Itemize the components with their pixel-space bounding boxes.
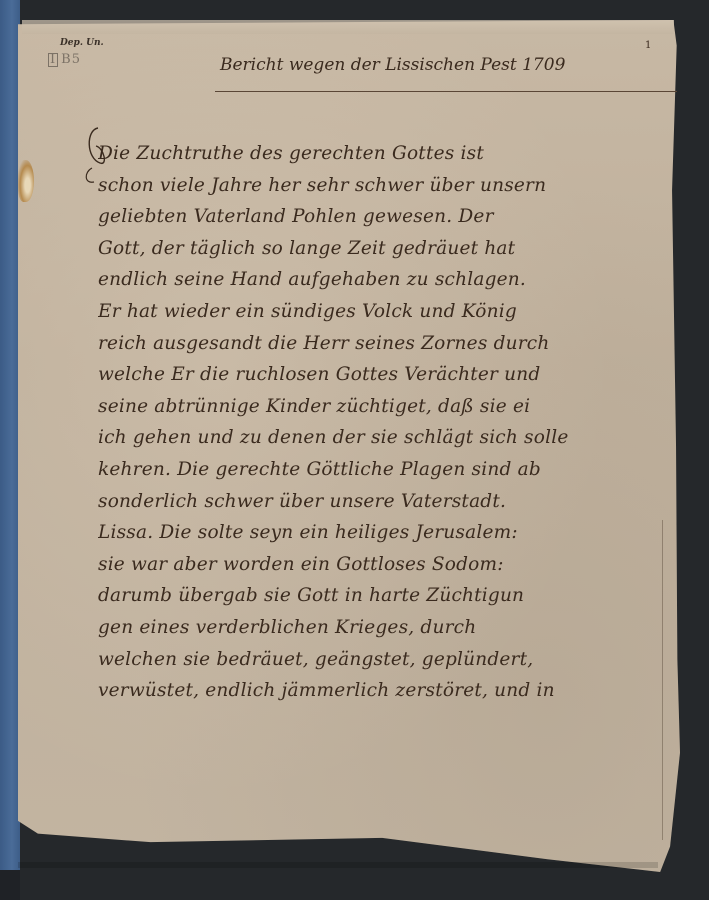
- text-line: Die Zuchtruthe des gerechten Gottes ist: [98, 138, 668, 170]
- text-line: kehren. Die gerechte Göttliche Plagen si…: [98, 454, 668, 486]
- manuscript-title: Bericht wegen der Lissischen Pest 1709: [220, 55, 670, 85]
- page-bottom-shadow: [18, 862, 658, 868]
- binding-shadow: [0, 870, 20, 900]
- text-line: welche Er die ruchlosen Gottes Verächter…: [98, 359, 668, 391]
- text-line: Lissa. Die solte seyn ein heiliges Jerus…: [98, 517, 668, 549]
- manuscript-body: Die Zuchtruthe des gerechten Gottes ist …: [98, 138, 668, 707]
- blue-binding-edge: [0, 0, 20, 900]
- shelfmark-box: I: [48, 53, 58, 67]
- shelfmark-code: B5: [61, 52, 81, 67]
- page-fold-line: [662, 520, 663, 840]
- text-line: darumb übergab sie Gott in harte Züchtig…: [98, 580, 668, 612]
- text-line: gen eines verderblichen Krieges, durch: [98, 612, 668, 644]
- folio-number: 1: [645, 40, 651, 51]
- text-line: sie war aber worden ein Gottloses Sodom:: [98, 549, 668, 581]
- text-line: endlich seine Hand aufgehaben zu schlage…: [98, 264, 668, 296]
- shelfmark: IB5: [48, 52, 81, 67]
- text-line: seine abtrünnige Kinder züchtiget, daß s…: [98, 391, 668, 423]
- text-line: Gott, der täglich so lange Zeit gedräuet…: [98, 233, 668, 265]
- text-line: schon viele Jahre her sehr schwer über u…: [98, 170, 668, 202]
- text-line: Er hat wieder ein sündiges Volck und Kön…: [98, 296, 668, 328]
- water-stain: [18, 160, 34, 202]
- text-line: welchen sie bedräuet, geängstet, geplünd…: [98, 644, 668, 676]
- archive-note: Dep. Un.: [60, 38, 104, 48]
- manuscript-scan: Dep. Un. IB5 1 Bericht wegen der Lissisc…: [0, 0, 709, 900]
- text-line: geliebten Vaterland Pohlen gewesen. Der: [98, 201, 668, 233]
- text-line: reich ausgesandt die Herr seines Zornes …: [98, 328, 668, 360]
- text-line: sonderlich schwer über unsere Vaterstadt…: [98, 486, 668, 518]
- text-line: verwüstet, endlich jämmerlich zerstöret,…: [98, 675, 668, 707]
- page-top-edge: [22, 20, 674, 34]
- title-underline: [215, 91, 677, 92]
- text-line: ich gehen und zu denen der sie schlägt s…: [98, 422, 668, 454]
